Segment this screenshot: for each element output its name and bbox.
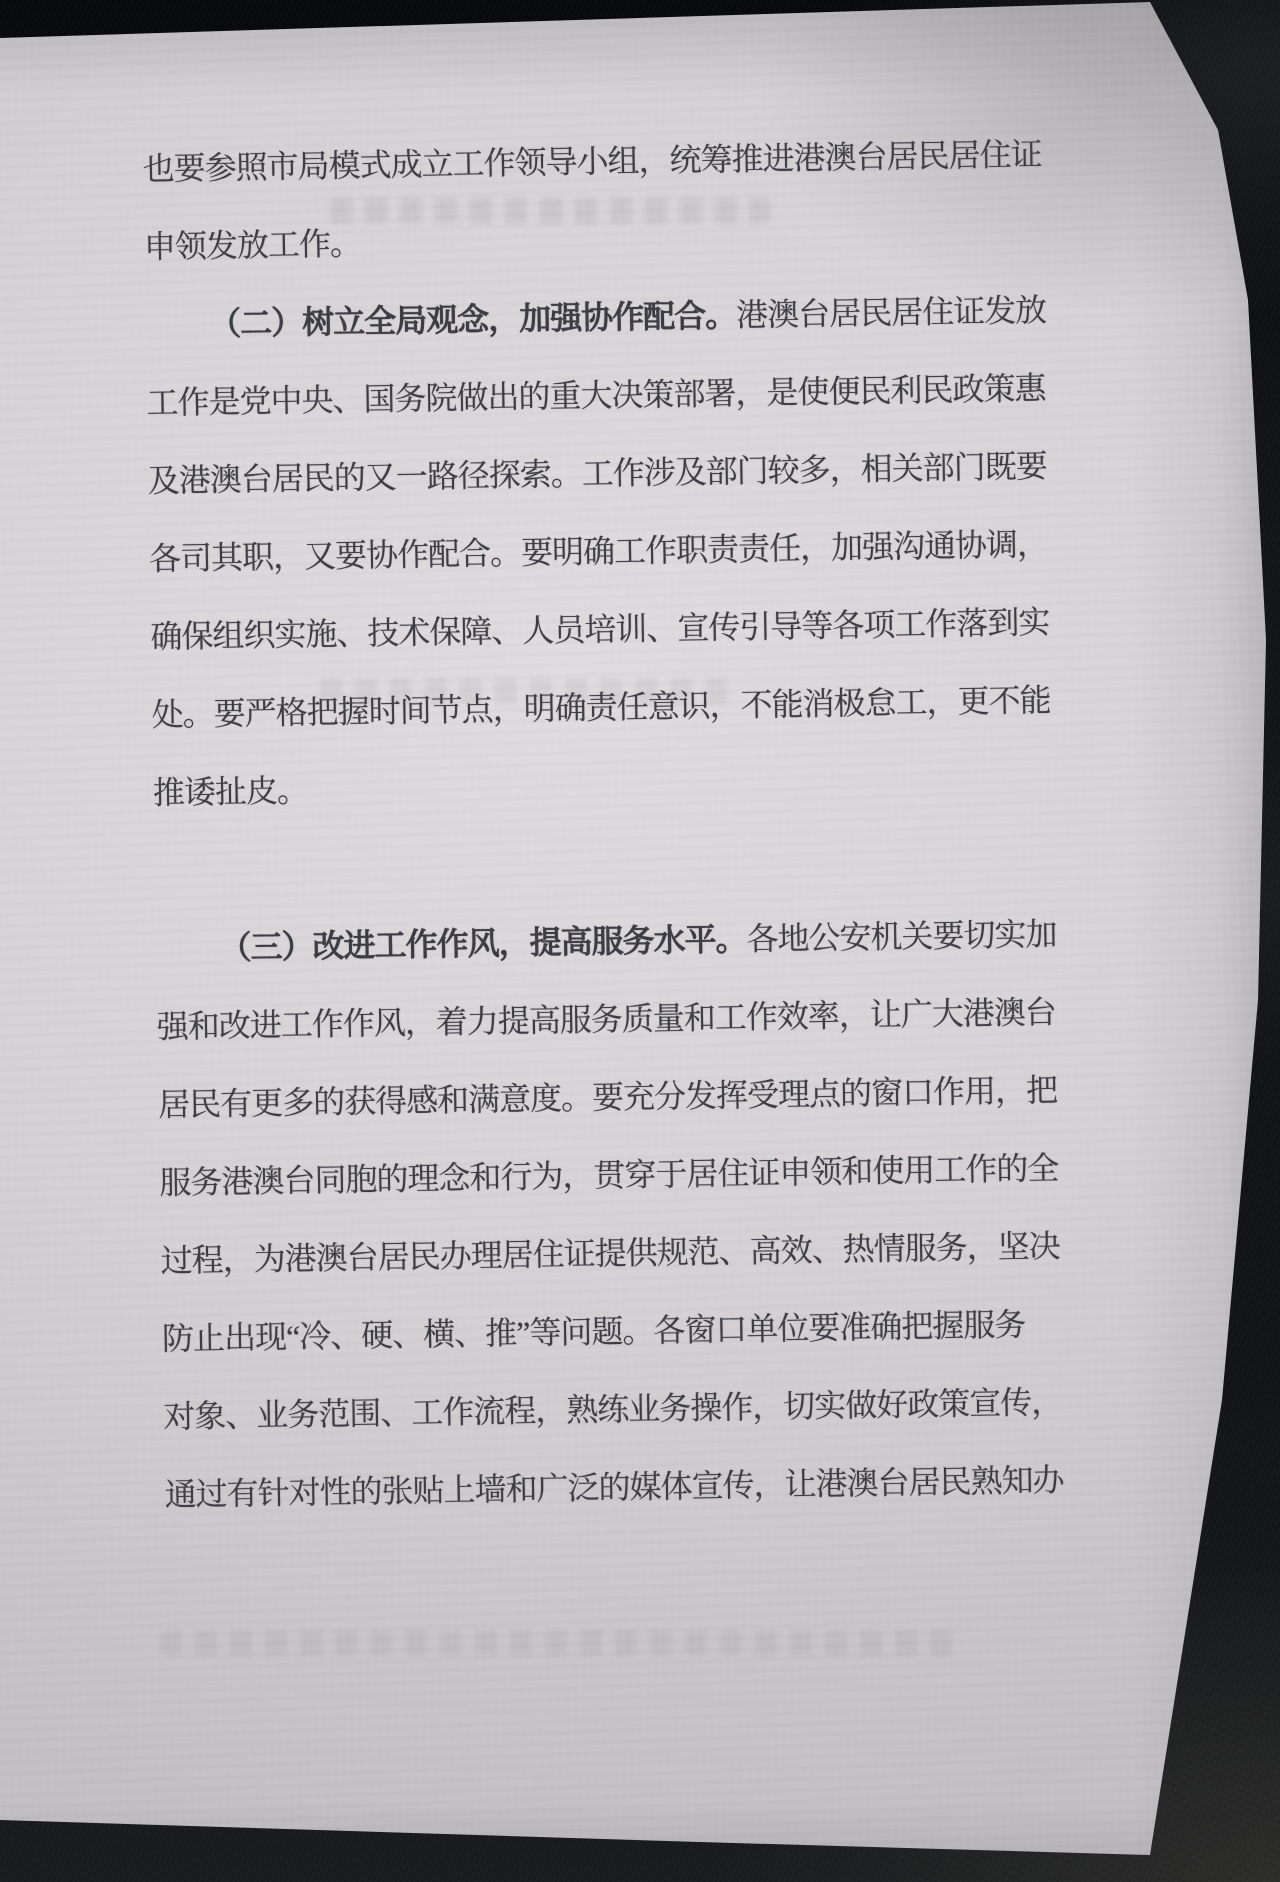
text-line: 服务港澳台同胞的理念和行为，贯穿于居住证申领和使用工作的全	[159, 1128, 1100, 1222]
text-line: 过程，为港澳台居民办理居住证提供规范、高效、热情服务，坚决	[160, 1206, 1101, 1300]
body-run: 推诿扯皮。	[153, 772, 309, 811]
bleed-through-artifact	[320, 678, 740, 704]
body-run: 各地公安机关要切实加	[746, 916, 1057, 957]
bleed-through-artifact	[160, 1630, 960, 1656]
heading-run: （三）改进工作作风，提高服务水平。	[219, 921, 747, 966]
body-run: 居民有更多的获得感和满意度。要充分发挥受理点的窗口作用，把	[158, 1072, 1057, 1123]
text-line: 及港澳台居民的又一路径探索。工作涉及部门较多，相关部门既要	[147, 426, 1088, 520]
body-run: 过程，为港澳台居民办理居住证提供规范、高效、热情服务，坚决	[160, 1228, 1059, 1279]
text-line: 申领发放工作。	[143, 192, 1084, 286]
document-text-block: 也要参照市局模式成立工作领导小组，统筹推进港澳台居民居住证申领发放工作。（二）树…	[142, 114, 1105, 1533]
body-run: 确保组织实施、技术保障、人员培训、宣传引导等各项工作落到实	[150, 604, 1049, 655]
text-line: 工作是党中央、国务院做出的重大决策部署，是使便民利民政策惠	[146, 348, 1087, 442]
text-line: 居民有更多的获得感和满意度。要充分发挥受理点的窗口作用，把	[158, 1050, 1099, 1144]
text-line: 也要参照市局模式成立工作领导小组，统筹推进港澳台居民居住证	[142, 114, 1083, 208]
text-line: 确保组织实施、技术保障、人员培训、宣传引导等各项工作落到实	[150, 582, 1091, 676]
body-run: 申领发放工作。	[144, 225, 362, 265]
bleed-through-artifact	[330, 198, 770, 224]
text-line: 推诿扯皮。	[152, 738, 1093, 832]
text-line: 处。要严格把握时间节点，明确责任意识，不能消极怠工，更不能	[151, 660, 1092, 754]
text-line: 各司其职，又要协作配合。要明确工作职责责任，加强沟通协调，	[148, 504, 1089, 598]
body-run: 各司其职，又要协作配合。要明确工作职责责任，加强沟通协调，	[149, 526, 1048, 577]
text-line: 通过有针对性的张贴上墙和广泛的媒体宣传，让港澳台居民熟知办	[164, 1440, 1105, 1534]
heading-run: （二）树立全局观念，加强协作配合。	[209, 297, 737, 342]
body-run: 防止出现“冷、硬、横、推”等问题。各窗口单位要准确把握服务	[162, 1307, 1026, 1357]
body-run: 港澳台居民居住证发放	[736, 292, 1047, 333]
text-line: （三）改进工作作风，提高服务水平。各地公安机关要切实加	[155, 894, 1096, 988]
body-run: 也要参照市局模式成立工作领导小组，统筹推进港澳台居民居住证	[142, 136, 1041, 187]
text-line: 对象、业务范围、工作流程，熟练业务操作，切实做好政策宣传，	[163, 1362, 1104, 1456]
blank-line	[154, 816, 1095, 910]
body-run: 通过有针对性的张贴上墙和广泛的媒体宣传，让港澳台居民熟知办	[164, 1462, 1063, 1513]
body-run: 服务港澳台同胞的理念和行为，贯穿于居住证申领和使用工作的全	[159, 1150, 1058, 1201]
text-line: （二）树立全局观念，加强协作配合。港澳台居民居住证发放	[145, 270, 1086, 364]
body-run: 及港澳台居民的又一路径探索。工作涉及部门较多，相关部门既要	[148, 448, 1047, 499]
document-page: 也要参照市局模式成立工作领导小组，统筹推进港澳台居民居住证申领发放工作。（二）树…	[0, 0, 1280, 1882]
body-run: 处。要严格把握时间节点，明确责任意识，不能消极怠工，更不能	[151, 682, 1050, 733]
body-run: 强和改进工作作风，着力提高服务质量和工作效率，让广大港澳台	[157, 994, 1056, 1045]
body-run: 对象、业务范围、工作流程，熟练业务操作，切实做好政策宣传，	[163, 1384, 1062, 1435]
text-line: 强和改进工作作风，着力提高服务质量和工作效率，让广大港澳台	[156, 972, 1097, 1066]
body-run: 工作是党中央、国务院做出的重大决策部署，是使便民利民政策惠	[146, 370, 1045, 421]
text-line: 防止出现“冷、硬、横、推”等问题。各窗口单位要准确把握服务	[161, 1284, 1102, 1378]
photo-scene: 也要参照市局模式成立工作领导小组，统筹推进港澳台居民居住证申领发放工作。（二）树…	[0, 0, 1280, 1882]
